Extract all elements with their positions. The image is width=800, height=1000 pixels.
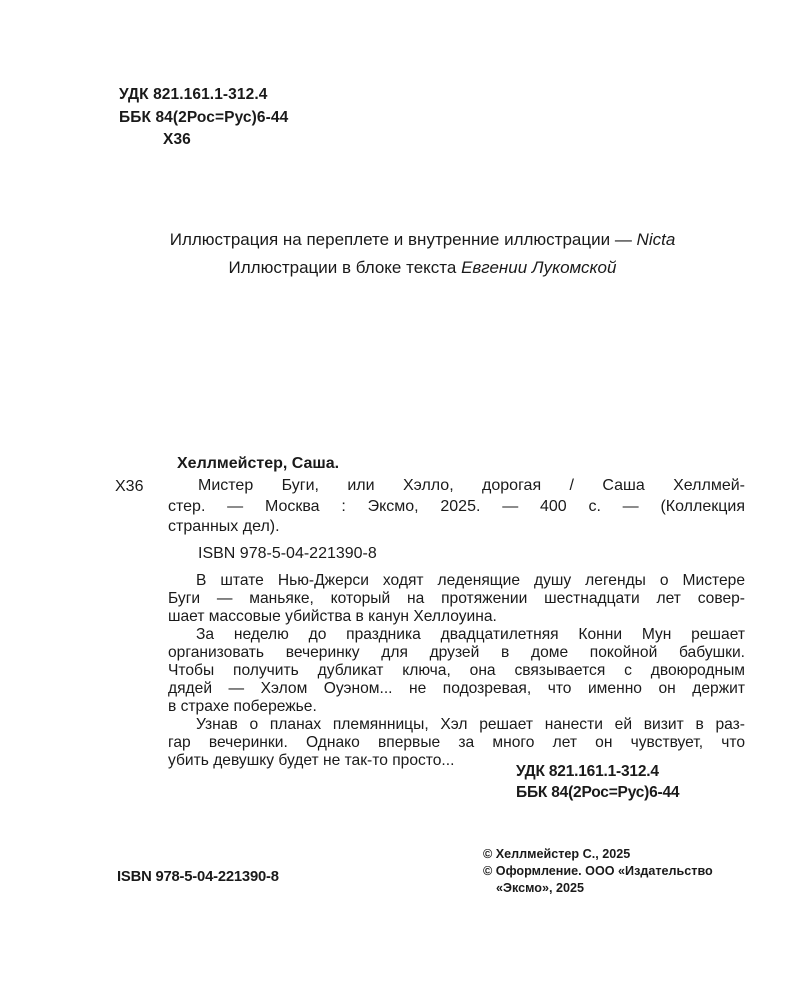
illustration-credits-block: Иллюстрация на переплете и внутренние ил… — [100, 226, 745, 282]
cover-credit-text: Иллюстрация на переплете и внутренние ил… — [170, 230, 637, 249]
book-annotation: В штате Нью-Джерси ходят леденящие душу … — [168, 572, 745, 770]
bbk-code: ББК 84(2Рос=Рус)6-44 — [119, 107, 288, 130]
annotation-line: шает массовые убийства в канун Хеллоуина… — [168, 608, 745, 626]
catalog-isbn: ISBN 978-5-04-221390-8 — [198, 545, 377, 563]
interior-illustration-credit: Иллюстрации в блоке текста Евгении Луком… — [100, 254, 745, 282]
copyright-block: © Хеллмейстер С., 2025 © Оформление. ООО… — [483, 846, 713, 897]
annotation-line: гар вечеринки. Однако впервые за много л… — [168, 734, 745, 752]
catalog-entry-line: стер. — Москва : Эксмо, 2025. — 400 с. —… — [168, 498, 745, 519]
author-sign-code: Х36 — [163, 129, 288, 152]
book-imprint-page: УДК 821.161.1-312.4 ББК 84(2Рос=Рус)6-44… — [0, 0, 800, 1000]
catalog-entry: Мистер Буги, или Хэлло, дорогая / Саша Х… — [168, 477, 745, 539]
udk-code-bottom: УДК 821.161.1-312.4 — [516, 761, 679, 782]
annotation-line: Чтобы получить дубликат ключа, она связы… — [168, 662, 745, 680]
isbn-bottom: ISBN 978-5-04-221390-8 — [117, 869, 279, 885]
annotation-line: в страхе побережье. — [168, 698, 745, 716]
annotation-line: Узнав о планах племянницы, Хэл решает на… — [168, 716, 745, 734]
annotation-codes-block: УДК 821.161.1-312.4 ББК 84(2Рос=Рус)6-44 — [516, 761, 679, 803]
cover-illustrator-name: Nicta — [637, 230, 676, 249]
catalog-entry-line: странных дел). — [168, 518, 745, 539]
catalog-author-heading: Хеллмейстер, Саша. — [177, 455, 339, 473]
copyright-design: © Оформление. ООО «Издательство — [483, 863, 713, 880]
udk-code: УДК 821.161.1-312.4 — [119, 84, 288, 107]
cover-illustration-credit: Иллюстрация на переплете и внутренние ил… — [100, 226, 745, 254]
cataloging-codes-block: УДК 821.161.1-312.4 ББК 84(2Рос=Рус)6-44… — [119, 84, 288, 152]
catalog-entry-line: Мистер Буги, или Хэлло, дорогая / Саша Х… — [168, 477, 745, 498]
bbk-code-bottom: ББК 84(2Рос=Рус)6-44 — [516, 782, 679, 803]
annotation-line: организовать вечеринку для друзей в доме… — [168, 644, 745, 662]
interior-illustrator-name: Евгении Лукомской — [461, 258, 616, 277]
annotation-line: В штате Нью-Джерси ходят леденящие душу … — [168, 572, 745, 590]
annotation-line: дядей — Хэлом Оуэном... не подозревая, ч… — [168, 680, 745, 698]
catalog-author-sign: Х36 — [115, 478, 143, 496]
copyright-author: © Хеллмейстер С., 2025 — [483, 846, 713, 863]
annotation-line: За неделю до праздника двадцатилетняя Ко… — [168, 626, 745, 644]
interior-credit-text: Иллюстрации в блоке текста — [229, 258, 462, 277]
annotation-line: Буги — маньяке, который на протяжении ше… — [168, 590, 745, 608]
copyright-design-cont: «Эксмо», 2025 — [483, 880, 713, 897]
